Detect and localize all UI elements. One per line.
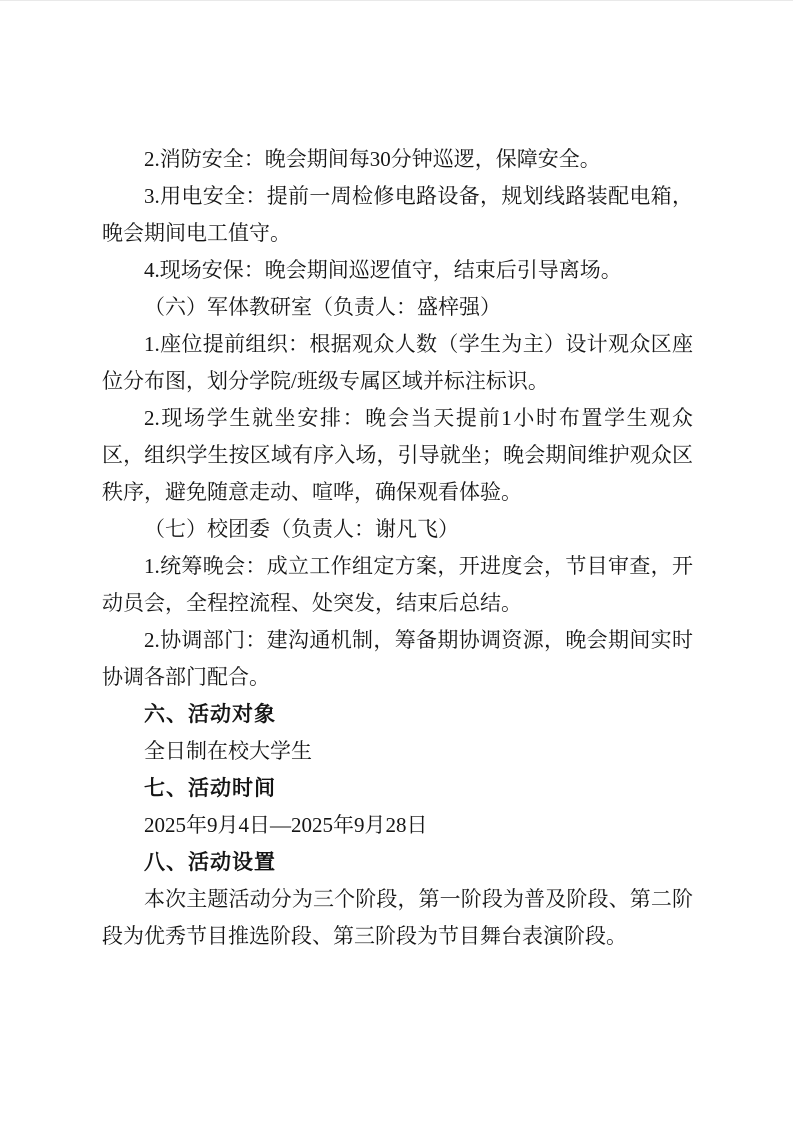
paragraph-site-security: 4.现场安保：晚会期间巡逻值守，结束后引导离场。 xyxy=(102,252,693,289)
section-heading-7-time: 七、活动时间 xyxy=(102,770,693,807)
paragraph-dept-6-military: （六）军体教研室（负责人：盛梓强） xyxy=(102,289,693,326)
paragraph-fire-safety: 2.消防安全：晚会期间每30分钟巡逻，保障安全。 xyxy=(102,141,693,178)
paragraph-stages: 本次主题活动分为三个阶段，第一阶段为普及阶段、第二阶段为优秀节目推选阶段、第三阶… xyxy=(102,881,693,955)
paragraph-electric-safety: 3.用电安全：提前一周检修电路设备，规划线路装配电箱，晚会期间电工值守。 xyxy=(102,178,693,252)
document-page: 2.消防安全：晚会期间每30分钟巡逻，保障安全。 3.用电安全：提前一周检修电路… xyxy=(0,0,793,1122)
section-heading-8-setup: 八、活动设置 xyxy=(102,844,693,881)
paragraph-seating-onsite: 2.现场学生就坐安排：晚会当天提前1小时布置学生观众区，组织学生按区域有序入场，… xyxy=(102,400,693,511)
paragraph-audience: 全日制在校大学生 xyxy=(102,733,693,770)
section-heading-6-audience: 六、活动对象 xyxy=(102,696,693,733)
paragraph-dept-7-youth-league: （七）校团委（负责人：谢凡飞） xyxy=(102,511,693,548)
paragraph-dept-liaison: 2.协调部门：建沟通机制，筹备期协调资源，晚会期间实时协调各部门配合。 xyxy=(102,622,693,696)
paragraph-seating-plan: 1.座位提前组织：根据观众人数（学生为主）设计观众区座位分布图，划分学院/班级专… xyxy=(102,326,693,400)
document-body: 2.消防安全：晚会期间每30分钟巡逻，保障安全。 3.用电安全：提前一周检修电路… xyxy=(0,1,793,955)
paragraph-date-range: 2025年9月4日—2025年9月28日 xyxy=(102,807,693,844)
paragraph-gala-coordination: 1.统筹晚会：成立工作组定方案，开进度会，节目审查，开动员会，全程控流程、处突发… xyxy=(102,548,693,622)
